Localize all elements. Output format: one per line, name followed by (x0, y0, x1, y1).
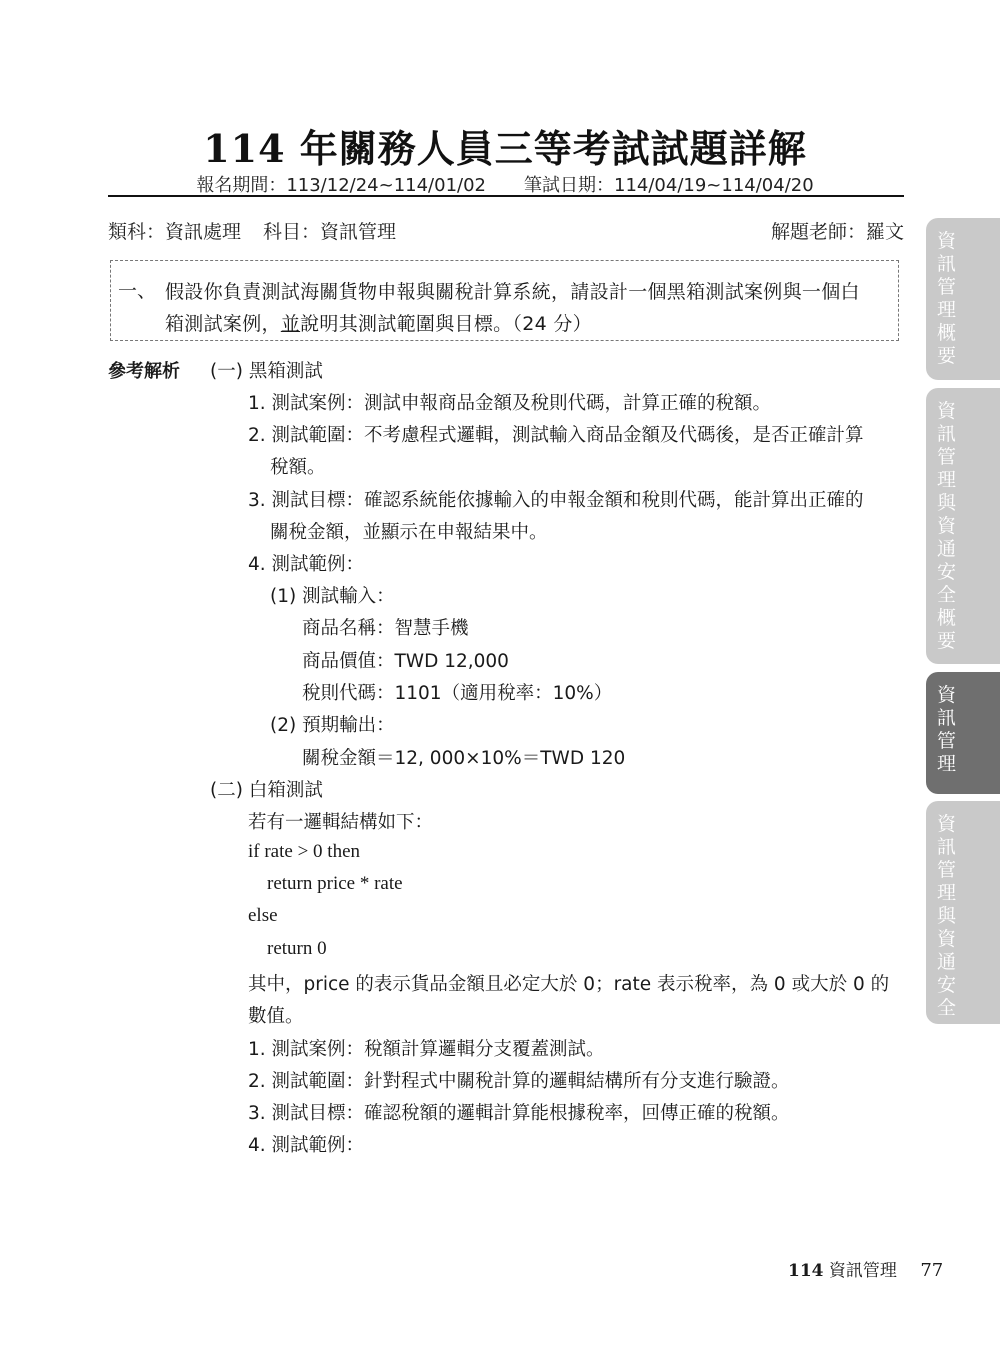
wb-note-1: 其中，price 的表示貨品金額且必定大於 0；rate 表示稅率，為 0 或大… (248, 970, 889, 996)
tab-char: 要 (937, 630, 956, 653)
tab-char: 資 (937, 684, 956, 707)
subject: 科目：資訊管理 (263, 221, 396, 243)
tab-char: 理 (937, 299, 956, 322)
question-text: 假設你負責測試海關貨物申報與關稅計算系統，請設計一個黑箱測試案例與一個白 箱測試… (165, 276, 895, 340)
question-line-1: 假設你負責測試海關貨物申報與關稅計算系統，請設計一個黑箱測試案例與一個白 (165, 276, 895, 308)
tab-char: 理 (937, 753, 956, 776)
tab-char: 全 (937, 997, 956, 1020)
tab-char: 管 (937, 446, 956, 469)
exam-dates: 筆試日期：114/04/19~114/04/20 (524, 175, 814, 196)
side-tab-info-mgmt[interactable]: 資 訊 管 理 (926, 672, 1000, 794)
wb-item-2: 2. 測試範圍：針對程式中關稅計算的邏輯結構所有分支進行驗證。 (248, 1067, 790, 1093)
bb-item-2: 2. 測試範圍：不考慮程式邏輯，測試輸入商品金額及代碼後，是否正確計算 (248, 421, 864, 447)
wb-item-3: 3. 測試目標：確認稅額的邏輯計算能根據稅率，回傳正確的稅額。 (248, 1099, 790, 1125)
tab-char: 要 (937, 345, 956, 368)
tab-char: 概 (937, 607, 956, 630)
bb-item-4: 4. 測試範例： (248, 550, 364, 576)
code-line-1: if rate > 0 then (248, 841, 360, 863)
wb-note-2: 數值。 (248, 1002, 304, 1028)
bb-input-1: 商品名稱：智慧手機 (302, 614, 469, 640)
category: 類科：資訊處理 (108, 221, 241, 243)
tab-char: 全 (937, 584, 956, 607)
bb-item-3: 3. 測試目標：確認系統能依據輸入的申報金額和稅則代碼，能計算出正確的 (248, 486, 864, 512)
bb-output-heading: (2) 預期輸出： (270, 711, 395, 737)
tab-char: 通 (937, 951, 956, 974)
bb-input-heading: (1) 測試輸入： (270, 582, 395, 608)
question-underlined: 並 (281, 313, 300, 335)
code-line-3: else (248, 905, 278, 927)
page-title: 114 年關務人員三等考試試題詳解 (0, 118, 1000, 173)
side-tab-info-mgmt-overview[interactable]: 資 訊 管 理 概 要 (926, 218, 1000, 380)
code-line-4: return 0 (267, 938, 327, 960)
question-line-2: 箱測試案例，並說明其測試範圍與目標。（24 分） (165, 308, 895, 340)
tab-char: 安 (937, 561, 956, 584)
teacher: 解題老師：羅文 (771, 217, 904, 244)
code-line-2: return price * rate (267, 873, 403, 895)
tab-char: 理 (937, 882, 956, 905)
wb-item-4: 4. 測試範例： (248, 1131, 364, 1157)
wb-intro: 若有一邏輯結構如下： (248, 808, 433, 834)
tab-char: 資 (937, 928, 956, 951)
footer-year: 114 (788, 1261, 824, 1281)
bb-output: 關稅金額＝12, 000×10%＝TWD 120 (302, 744, 625, 770)
tab-char: 通 (937, 538, 956, 561)
tab-char: 訊 (937, 707, 956, 730)
tab-char: 管 (937, 859, 956, 882)
tab-char: 訊 (937, 836, 956, 859)
tab-char: 與 (937, 492, 956, 515)
black-box-heading: (一) 黑箱測試 (210, 357, 323, 383)
question-line-2-pre: 箱測試案例， (165, 313, 281, 335)
reference-answer-label: 參考解析 (108, 357, 180, 383)
header-divider (108, 195, 904, 197)
tab-char: 安 (937, 974, 956, 997)
tab-char: 資 (937, 230, 956, 253)
tab-char: 資 (937, 515, 956, 538)
bb-item-2-cont: 稅額。 (270, 453, 326, 479)
tab-char: 資 (937, 400, 956, 423)
tab-char: 理 (937, 469, 956, 492)
bb-item-3-cont: 關稅金額，並顯示在申報結果中。 (270, 518, 548, 544)
tab-char: 訊 (937, 423, 956, 446)
tab-char: 資 (937, 813, 956, 836)
question-line-2-post: 說明其測試範圍與目標。（24 分） (300, 313, 592, 335)
bb-input-3: 稅則代碼：1101（適用稅率：10%） (302, 679, 612, 705)
meta-row: 類科：資訊處理科目：資訊管理 解題老師：羅文 (108, 217, 904, 244)
registration-period: 報名期間：113/12/24~114/01/02 (196, 175, 486, 196)
footer-subject: 資訊管理 (829, 1261, 897, 1281)
tab-char: 概 (937, 322, 956, 345)
white-box-heading: (二) 白箱測試 (210, 776, 323, 802)
tab-char: 管 (937, 730, 956, 753)
bb-item-1: 1. 測試案例：測試申報商品金額及稅則代碼，計算正確的稅額。 (248, 389, 771, 415)
tab-char: 訊 (937, 253, 956, 276)
tab-char: 與 (937, 905, 956, 928)
side-tab-info-mgmt-security[interactable]: 資 訊 管 理 與 資 通 安 全 (926, 801, 1000, 1024)
wb-item-1: 1. 測試案例：稅額計算邏輯分支覆蓋測試。 (248, 1035, 605, 1061)
page-number: 77 (920, 1260, 943, 1281)
exam-dates-line: 報名期間：113/12/24~114/01/02筆試日期：114/04/19~1… (0, 171, 1000, 197)
side-tab-info-mgmt-security-overview[interactable]: 資 訊 管 理 與 資 通 安 全 概 要 (926, 388, 1000, 664)
question-number: 一、 (118, 276, 156, 303)
bb-input-2: 商品價值：TWD 12,000 (302, 647, 509, 673)
page-footer: 114 資訊管理 77 (788, 1256, 943, 1281)
tab-char: 管 (937, 276, 956, 299)
